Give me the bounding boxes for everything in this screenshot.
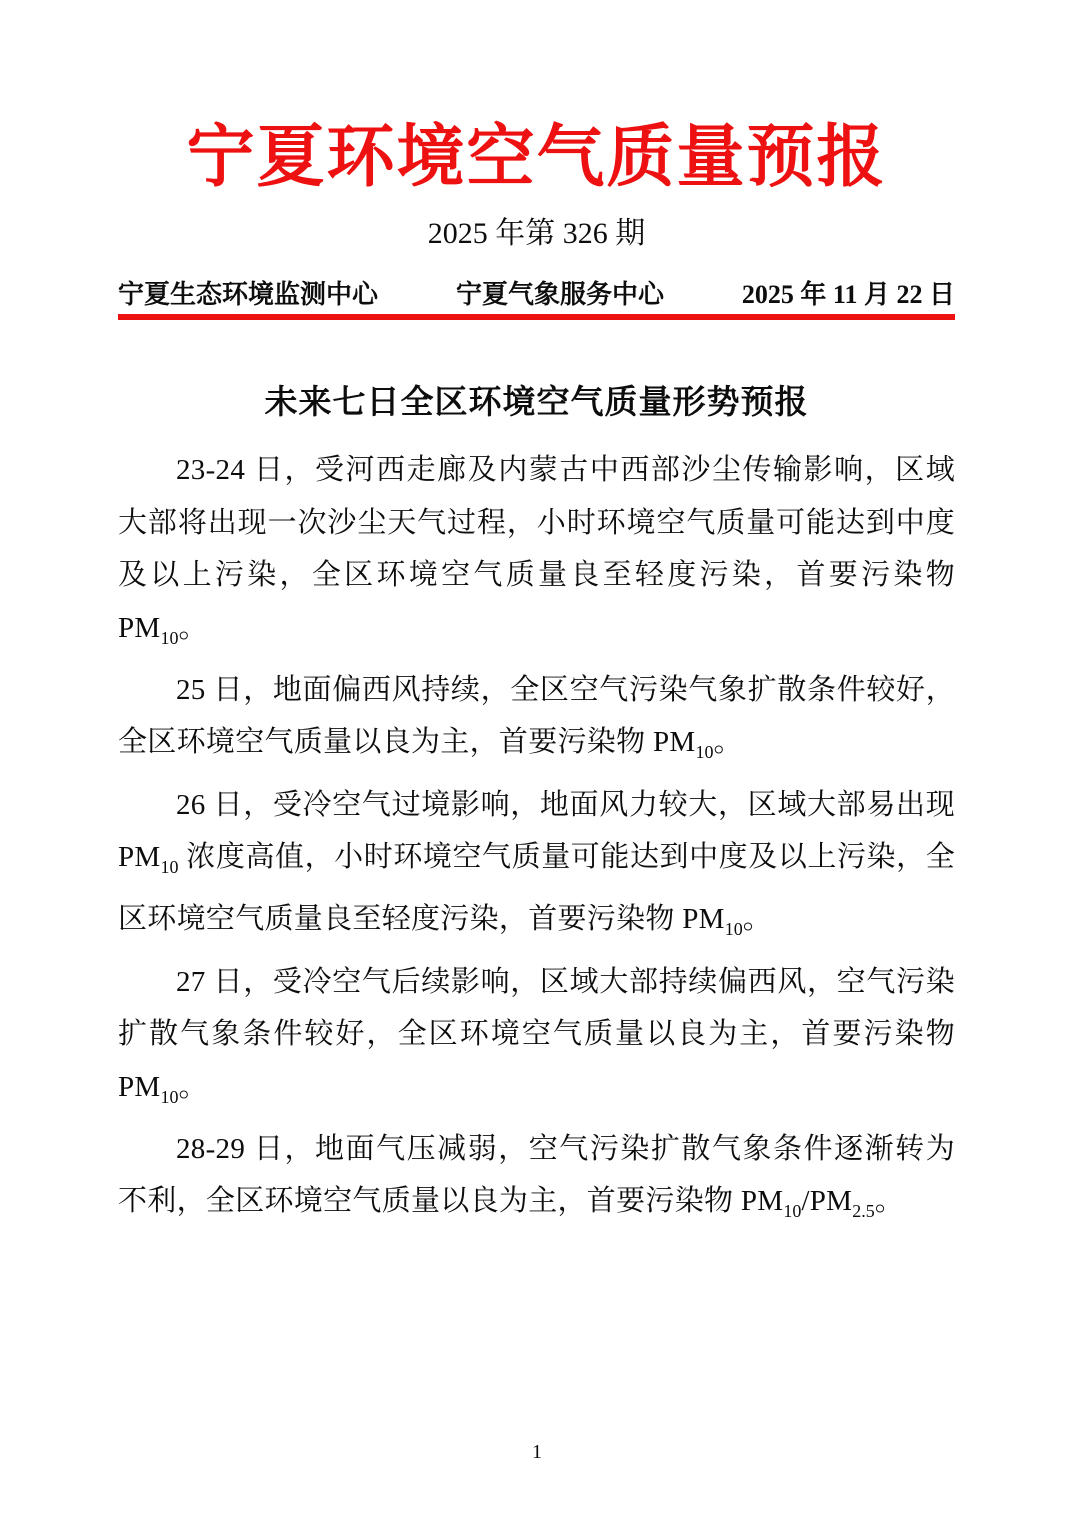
paragraph-text: 27 日，受冷空气后续影响，区域大部持续偏西风，空气污染扩散气象条件较好，全区环…	[118, 966, 955, 1103]
forecast-paragraph: 28-29 日，地面气压减弱，空气污染扩散气象条件逐渐转为不利，全区环境空气质量…	[118, 1123, 955, 1238]
issuer-row: 宁夏生态环境监测中心 宁夏气象服务中心 2025 年 11 月 22 日	[118, 279, 955, 311]
page-number: 1	[0, 1440, 1074, 1464]
paragraph-text: 23-24 日，受河西走廊及内蒙古中西部沙尘传输影响，区域大部将出现一次沙尘天气…	[118, 454, 955, 644]
paragraph-text: 。	[178, 612, 207, 644]
paragraph-text: 。	[743, 903, 772, 935]
pollutant-subscript: 2.5	[852, 1201, 874, 1221]
pollutant-subscript: 10	[161, 857, 179, 877]
paragraph-text: 浓度高值，小时环境空气质量可能达到中度及以上污染，全区环境空气质量良至轻度污染，…	[118, 841, 955, 935]
paragraph-text: 。	[713, 726, 742, 758]
forecast-paragraphs: 23-24 日，受河西走廊及内蒙古中西部沙尘传输影响，区域大部将出现一次沙尘天气…	[118, 444, 955, 1238]
document-page: 宁夏环境空气质量预报 2025 年第 326 期 宁夏生态环境监测中心 宁夏气象…	[0, 0, 1074, 1520]
issuer-left: 宁夏生态环境监测中心	[118, 279, 378, 311]
page-title: 宁夏环境空气质量预报	[118, 116, 955, 198]
forecast-paragraph: 26 日，受冷空气过境影响，地面风力较大，区域大部易出现 PM10 浓度高值，小…	[118, 779, 955, 956]
issue-date: 2025 年 11 月 22 日	[742, 279, 955, 311]
pollutant-subscript: 10	[695, 742, 713, 762]
pollutant-subscript: 10	[783, 1201, 801, 1221]
pollutant-subscript: 10	[725, 919, 743, 939]
issuer-center: 宁夏气象服务中心	[456, 279, 664, 311]
section-heading: 未来七日全区环境空气质量形势预报	[118, 380, 955, 424]
issue-number: 2025 年第 326 期	[118, 216, 955, 252]
paragraph-text: 。	[875, 1185, 904, 1217]
paragraph-text: /PM	[801, 1185, 852, 1217]
pollutant-subscript: 10	[161, 627, 179, 647]
forecast-paragraph: 27 日，受冷空气后续影响，区域大部持续偏西风，空气污染扩散气象条件较好，全区环…	[118, 956, 955, 1123]
paragraph-text: 25 日，地面偏西风持续，全区空气污染气象扩散条件较好，全区环境空气质量以良为主…	[118, 674, 955, 759]
forecast-paragraph: 23-24 日，受河西走廊及内蒙古中西部沙尘传输影响，区域大部将出现一次沙尘天气…	[118, 444, 955, 664]
pollutant-subscript: 10	[161, 1086, 179, 1106]
forecast-paragraph: 25 日，地面偏西风持续，全区空气污染气象扩散条件较好，全区环境空气质量以良为主…	[118, 664, 955, 779]
paragraph-text: 。	[178, 1071, 207, 1103]
header-divider	[118, 314, 955, 320]
